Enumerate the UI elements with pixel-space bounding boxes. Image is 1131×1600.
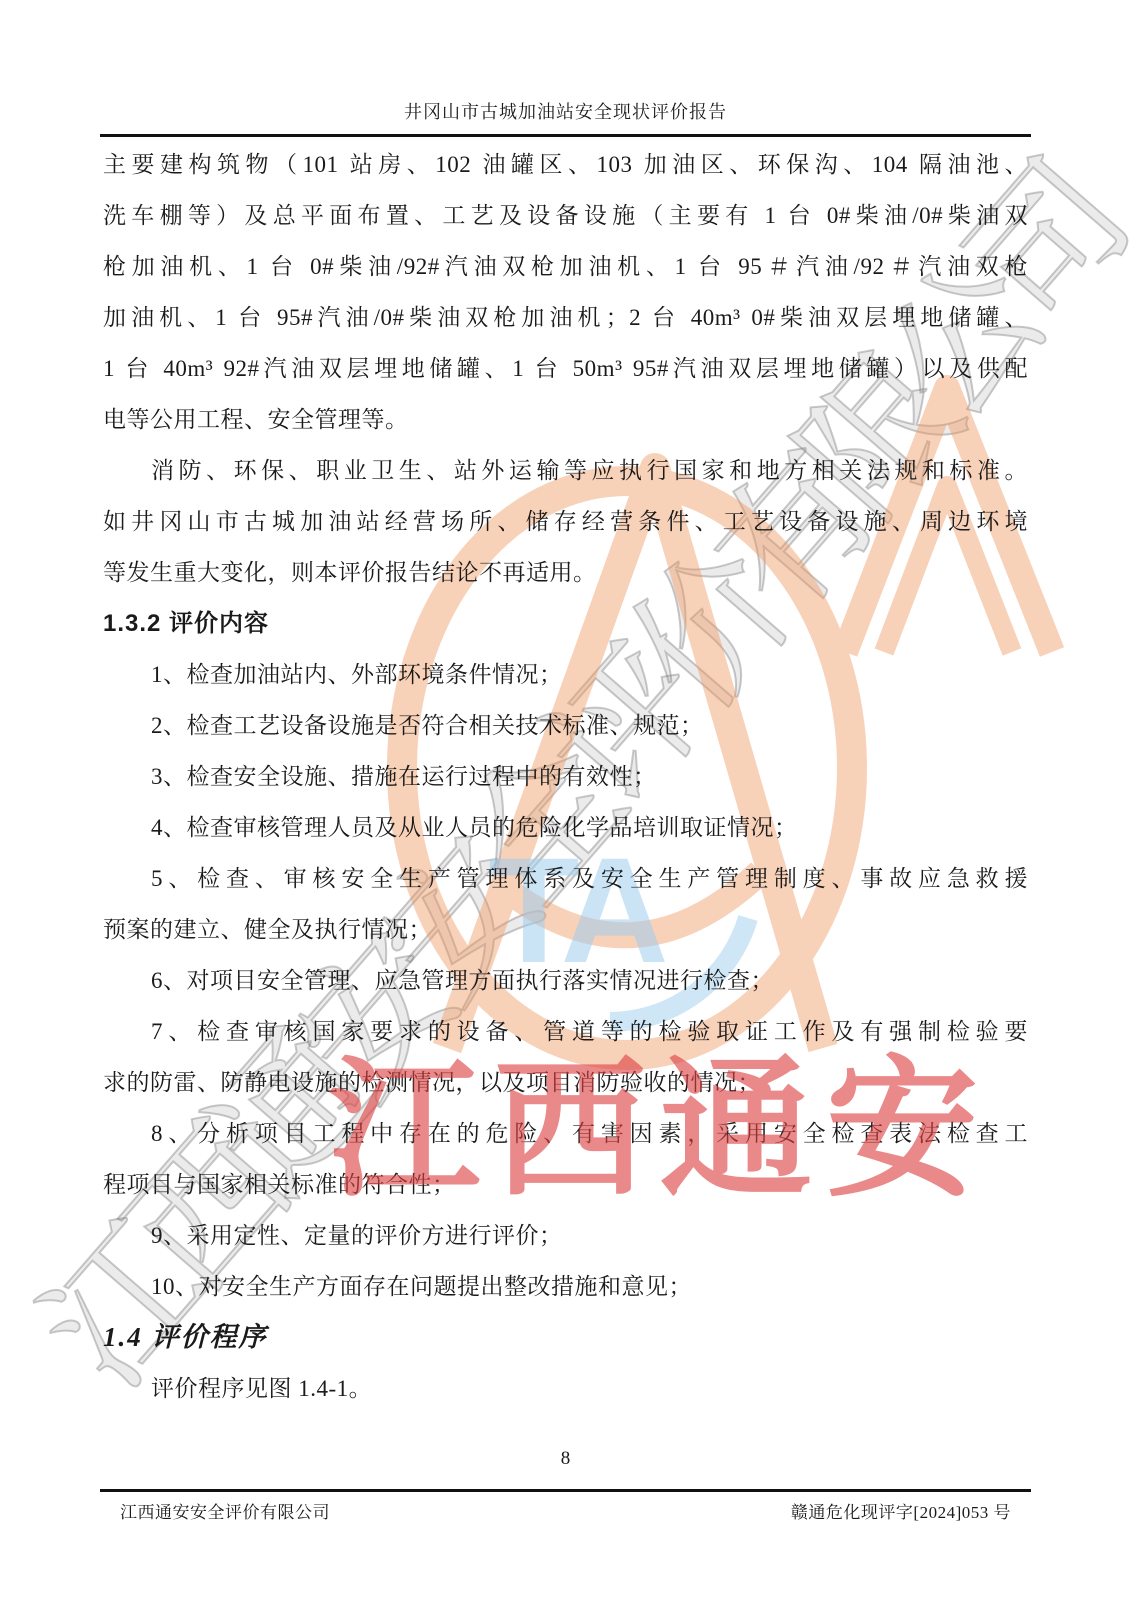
section-heading: 1.3.2 评价内容 [103,598,1028,649]
section-heading: 1.4 评价程序 [103,1312,1028,1363]
text-line: 3、检查安全设施、措施在运行过程中的有效性； [103,751,1028,802]
page-number: 8 [0,1448,1131,1470]
text-line: 主要建构筑物（101 站房、102 油罐区、103 加油区、环保沟、104 隔油… [103,139,1028,190]
footer-rule [100,1489,1031,1492]
header-rule [100,134,1031,137]
text-line: 1 台 40m³ 92#汽油双层埋地储罐、1 台 50m³ 95#汽油双层埋地储… [103,343,1028,394]
text-line: 10、对安全生产方面存在问题提出整改措施和意见； [103,1261,1028,1312]
document-page: 江西通安安全评价有限公司 TA 井冈山市古城加油站安全现状评价报告 主要建构筑物… [0,0,1131,1600]
page-header-title: 井冈山市古城加油站安全现状评价报告 [103,98,1028,124]
text-line: 5、检查、审核安全生产管理体系及安全生产管理制度、事故应急救援 [103,853,1028,904]
text-line: 求的防雷、防静电设施的检测情况，以及项目消防验收的情况； [103,1057,1028,1108]
text-line: 加油机、1 台 95#汽油/0#柴油双枪加油机；2 台 40m³ 0#柴油双层埋… [103,292,1028,343]
page-footer: 江西通安安全评价有限公司 赣通危化现评字[2024]053 号 [120,1498,1011,1523]
text-line: 2、检查工艺设备设施是否符合相关技术标准、规范； [103,700,1028,751]
text-line: 9、采用定性、定量的评价方进行评价； [103,1210,1028,1261]
text-line: 预案的建立、健全及执行情况； [103,904,1028,955]
body-lines: 主要建构筑物（101 站房、102 油罐区、103 加油区、环保沟、104 隔油… [103,139,1028,1414]
footer-document-number: 赣通危化现评字[2024]053 号 [791,1498,1011,1523]
text-line: 7、检查审核国家要求的设备、管道等的检验取证工作及有强制检验要 [103,1006,1028,1057]
text-line: 4、检查审核管理人员及从业人员的危险化学品培训取证情况； [103,802,1028,853]
text-line: 评价程序见图 1.4-1。 [103,1363,1028,1414]
text-line: 洗车棚等）及总平面布置、工艺及设备设施（主要有 1 台 0#柴油/0#柴油双 [103,190,1028,241]
text-line: 消防、环保、职业卫生、站外运输等应执行国家和地方相关法规和标准。 [103,445,1028,496]
text-line: 1、检查加油站内、外部环境条件情况； [103,649,1028,700]
text-line: 程项目与国家相关标准的符合性； [103,1159,1028,1210]
footer-company-name: 江西通安安全评价有限公司 [120,1498,330,1523]
text-line: 6、对项目安全管理、应急管理方面执行落实情况进行检查； [103,955,1028,1006]
text-line: 等发生重大变化，则本评价报告结论不再适用。 [103,547,1028,598]
text-line: 8、分析项目工程中存在的危险、有害因素，采用安全检查表法检查工 [103,1108,1028,1159]
text-line: 枪加油机、1 台 0#柴油/92#汽油双枪加油机、1 台 95＃汽油/92＃汽油… [103,241,1028,292]
text-line: 电等公用工程、安全管理等。 [103,394,1028,445]
text-line: 如井冈山市古城加油站经营场所、储存经营条件、工艺设备设施、周边环境 [103,496,1028,547]
page-content: 井冈山市古城加油站安全现状评价报告 主要建构筑物（101 站房、102 油罐区、… [0,0,1131,1600]
